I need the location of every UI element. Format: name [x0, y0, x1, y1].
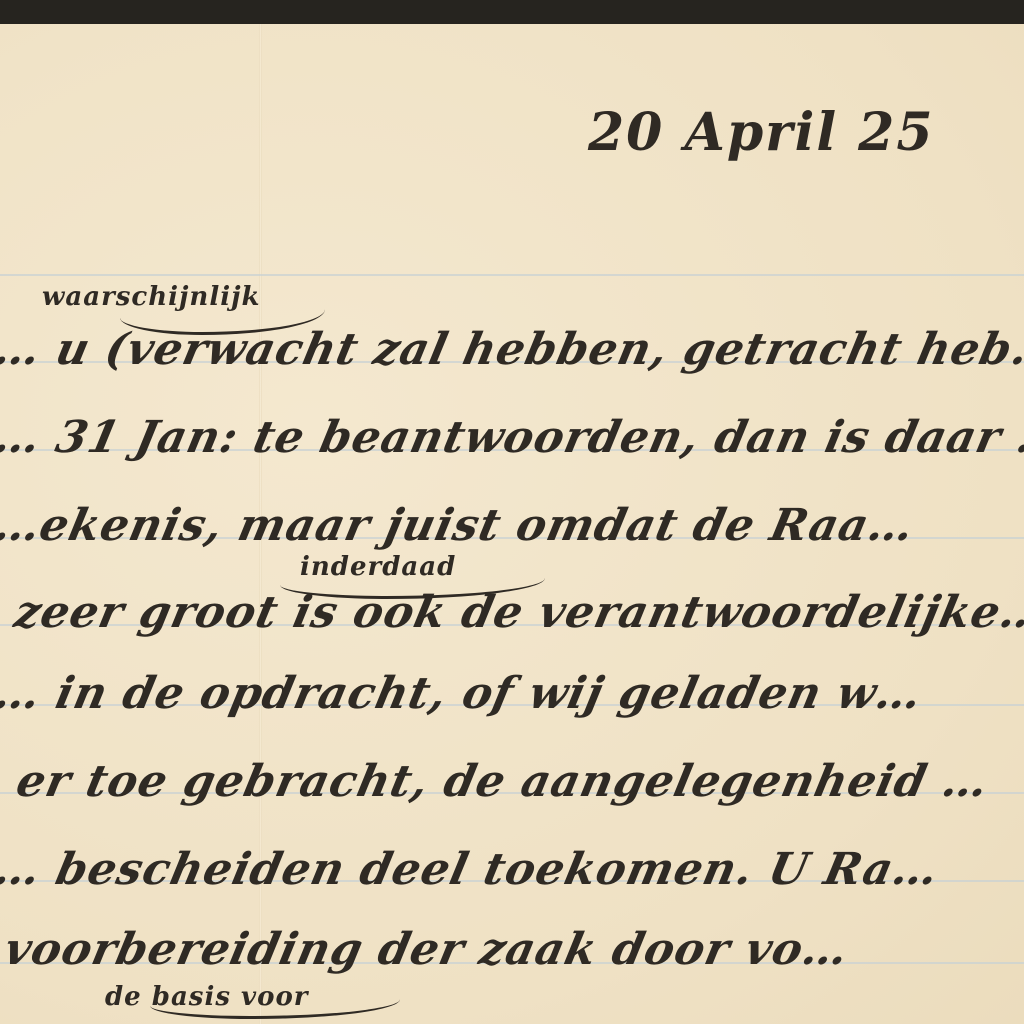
handwritten-line: zeer groot is ook de verantwoordelijke… — [10, 587, 1024, 638]
handwritten-line: … 31 Jan: te beantwoorden, dan is daar … — [0, 412, 1024, 463]
ruled-line — [0, 274, 1024, 276]
insertion-mark — [150, 986, 400, 1019]
scanned-letter: 20 April 25 waarschijnlijk … u (verwacht… — [0, 0, 1024, 1024]
handwritten-line: er toe gebracht, de aangelegenheid … — [12, 756, 993, 807]
handwritten-line: … bescheiden deel toekomen. U Ra… — [0, 844, 943, 895]
handwritten-line: …ekenis, maar juist omdat de Raa… — [0, 500, 919, 551]
letter-page: 20 April 25 waarschijnlijk … u (verwacht… — [0, 24, 1024, 1024]
handwritten-line: … in de opdracht, of wij geladen w… — [0, 668, 927, 719]
handwritten-line: voorbereiding der zaak door vo… — [0, 924, 853, 975]
letter-date: 20 April 25 — [588, 102, 935, 163]
handwritten-line: … u (verwacht zal hebben, getracht heb… — [0, 324, 1024, 375]
